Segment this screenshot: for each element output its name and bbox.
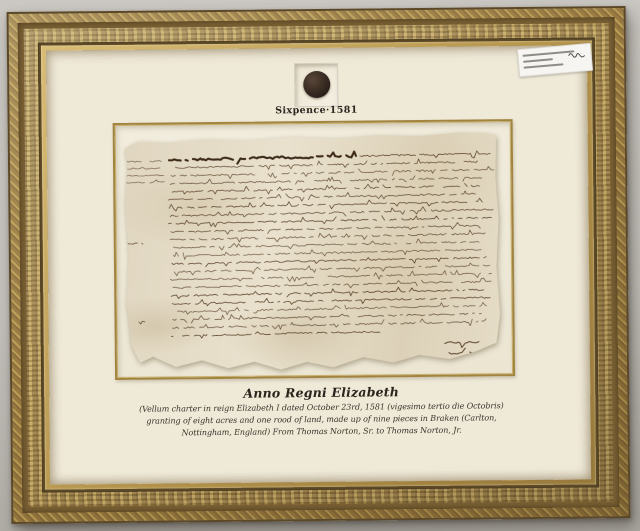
manuscript-handwriting (123, 129, 503, 373)
auction-label (517, 43, 593, 77)
picture-frame: Sixpence·1581 Anno Regni Elizabeth (Vell… (7, 6, 631, 524)
vellum-document-wrap (123, 129, 503, 373)
caption-title: Anno Regni Elizabeth (99, 383, 543, 402)
caption-block: Anno Regni Elizabeth (Vellum charter in … (99, 381, 544, 440)
sixpence-coin (303, 71, 330, 98)
coin-mount (294, 63, 338, 107)
photo-of-framed-charter: Sixpence·1581 Anno Regni Elizabeth (Vell… (0, 0, 640, 531)
coin-label: Sixpence·1581 (236, 104, 396, 117)
vellum-document (123, 129, 503, 373)
